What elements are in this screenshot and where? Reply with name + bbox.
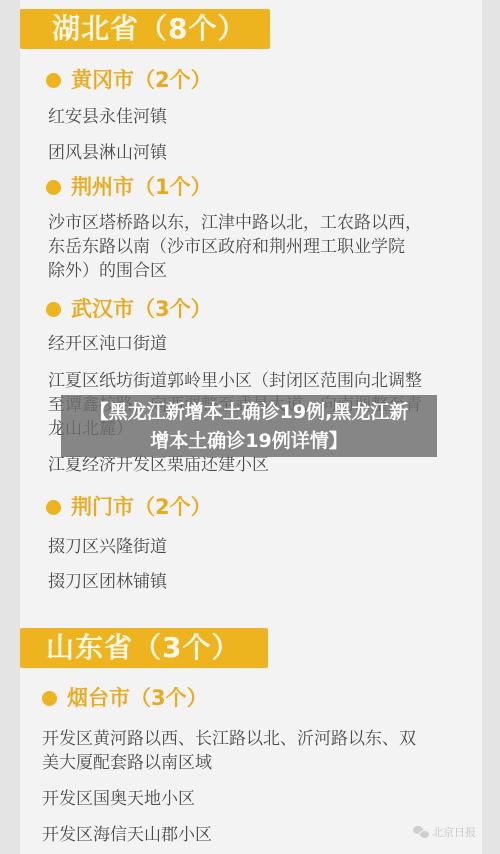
place-item: 江夏经济开发区栗庙还建小区	[48, 454, 458, 477]
province-header-shandong: 山东省（3个）	[20, 628, 268, 668]
article-title-overlay[interactable]: 【黑龙江新增本土确诊19例,黑龙江新 增本土确诊19例详情】	[61, 395, 437, 457]
watermark-text: 北京日报	[432, 824, 476, 840]
place-item: 开发区海信天山郡小区	[42, 824, 452, 847]
place-item: 经开区沌口街道	[48, 333, 458, 356]
city-name: 黄冈市（2个）	[71, 66, 212, 94]
city-heading-huanggang: 黄冈市（2个）	[46, 66, 212, 94]
place-item: 开发区国奥天地小区	[42, 788, 452, 811]
city-heading-yantai: 烟台市（3个）	[42, 684, 208, 712]
bullet-dot-icon	[46, 302, 61, 317]
place-item: 掇刀区兴隆街道	[48, 536, 458, 559]
wechat-icon	[413, 826, 429, 838]
bullet-dot-icon	[42, 691, 57, 706]
city-name: 烟台市（3个）	[67, 684, 208, 712]
city-heading-wuhan: 武汉市（3个）	[46, 295, 212, 323]
page-background-right	[482, 0, 500, 854]
overlay-title-line-1: 【黑龙江新增本土确诊19例,黑龙江新	[61, 398, 437, 427]
city-name: 荆州市（1个）	[71, 173, 212, 201]
page-background-left	[0, 0, 20, 854]
place-item-line: 美大厦配套路以南区域	[42, 752, 452, 775]
city-name: 荆门市（2个）	[71, 493, 212, 521]
place-item-line: 沙市区塔桥路以东，江津中路以北，工农路以西，	[48, 212, 458, 235]
source-watermark: 北京日报	[413, 824, 476, 840]
place-item-line: 开发区黄河路以西、长江路以北、沂河路以东、双	[42, 728, 452, 751]
place-item: 掇刀区团林铺镇	[48, 571, 458, 594]
city-heading-jingzhou: 荆州市（1个）	[46, 173, 212, 201]
province-header-hubei: 湖北省（8个）	[20, 9, 270, 49]
bullet-dot-icon	[46, 73, 61, 88]
place-item: 团风县淋山河镇	[48, 142, 458, 165]
place-item-line: 东岳东路以南（沙市区政府和荆州理工职业学院	[48, 236, 458, 259]
bullet-dot-icon	[46, 500, 61, 515]
city-name: 武汉市（3个）	[71, 295, 212, 323]
bullet-dot-icon	[46, 180, 61, 195]
place-item-line: 除外）的围合区	[48, 260, 458, 283]
city-heading-jingmen: 荆门市（2个）	[46, 493, 212, 521]
place-item: 红安县永佳河镇	[48, 106, 458, 129]
overlay-title-line-2: 增本土确诊19例详情】	[61, 427, 437, 456]
place-item-line: 江夏区纸坊街道郭岭里小区（封闭区范围向北调整	[48, 370, 458, 393]
